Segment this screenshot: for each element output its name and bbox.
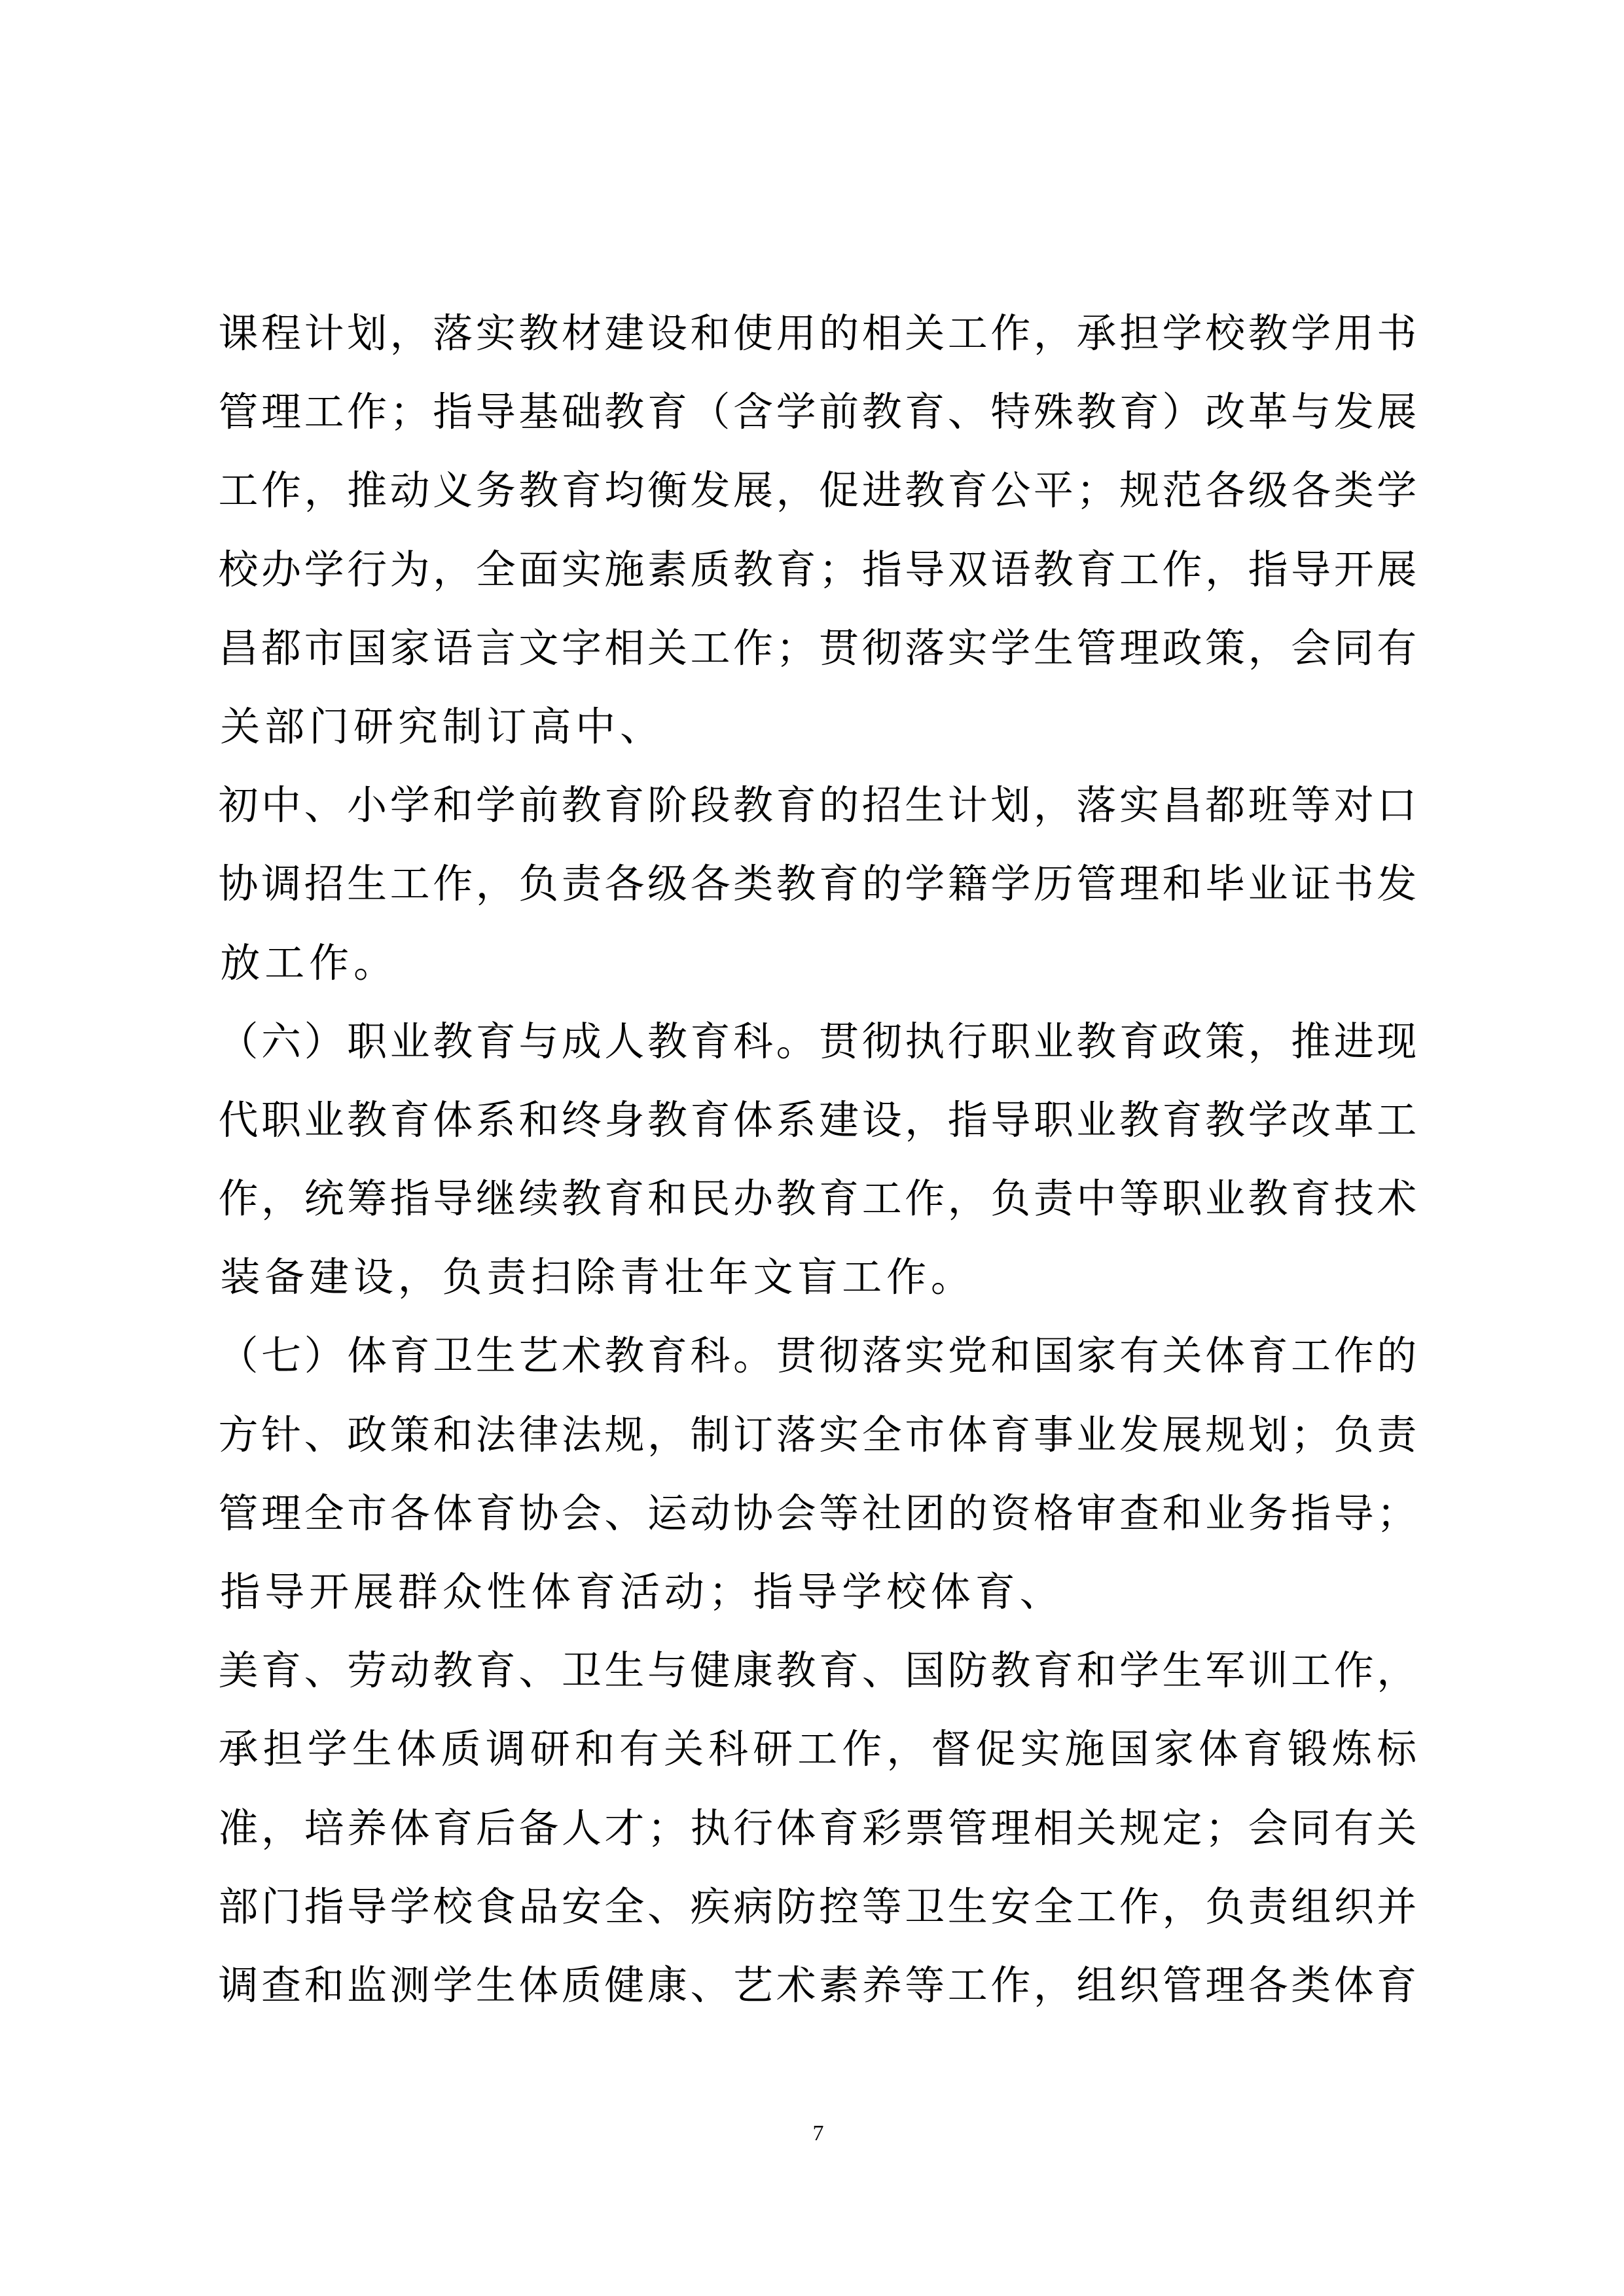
text-line: 管理全市各体育协会、运动协会等社团的资格审查和业务指导； (218, 1475, 1417, 1553)
text-line: 初中、小学和学前教育阶段教育的招生计划，落实昌都班等对口 (218, 766, 1417, 845)
text-line: 课程计划，落实教材建设和使用的相关工作，承担学校教学用书 (218, 295, 1417, 373)
section-heading-line: （七）体育卫生艺术教育科。贯彻落实党和国家有关体育工作的 (218, 1317, 1417, 1395)
text-line: 调查和监测学生体质健康、艺术素养等工作，组织管理各类体育 (218, 1946, 1417, 2025)
text-line: 昌都市国家语言文字相关工作；贯彻落实学生管理政策，会同有 (218, 609, 1417, 688)
text-line: 关部门研究制订高中、 (218, 688, 1422, 766)
text-line: 指导开展群众性体育活动；指导学校体育、 (218, 1553, 1422, 1632)
section-heading-line: （六）职业教育与成人教育科。贯彻执行职业教育政策，推进现 (218, 1003, 1417, 1081)
text-line: 部门指导学校食品安全、疾病防控等卫生安全工作，负责组织并 (218, 1868, 1417, 1946)
text-line: 方针、政策和法律法规，制订落实全市体育事业发展规划；负责 (218, 1396, 1417, 1475)
text-line: 美育、劳动教育、卫生与健康教育、国防教育和学生军训工作， (218, 1632, 1417, 1710)
text-line: 作，统筹指导继续教育和民办教育工作，负责中等职业教育技术 (218, 1160, 1417, 1238)
document-page: 课程计划，落实教材建设和使用的相关工作，承担学校教学用书 管理工作；指导基础教育… (0, 0, 1624, 2296)
text-line: 准，培养体育后备人才；执行体育彩票管理相关规定；会同有关 (218, 1789, 1417, 1868)
text-line: 承担学生体质调研和有关科研工作，督促实施国家体育锻炼标 (218, 1710, 1417, 1789)
page-number: 7 (805, 2121, 831, 2147)
text-line: 放工作。 (218, 924, 1422, 1003)
text-line: 协调招生工作，负责各级各类教育的学籍学历管理和毕业证书发 (218, 845, 1417, 924)
text-line: 校办学行为，全面实施素质教育；指导双语教育工作，指导开展 (218, 531, 1417, 609)
text-line: 代职业教育体系和终身教育体系建设，指导职业教育教学改革工 (218, 1081, 1417, 1160)
text-line: 装备建设，负责扫除青壮年文盲工作。 (218, 1238, 1422, 1317)
body-text: 课程计划，落实教材建设和使用的相关工作，承担学校教学用书 管理工作；指导基础教育… (218, 295, 1422, 2025)
text-line: 管理工作；指导基础教育（含学前教育、特殊教育）改革与发展 (218, 373, 1417, 452)
text-line: 工作，推动义务教育均衡发展，促进教育公平；规范各级各类学 (218, 452, 1417, 530)
